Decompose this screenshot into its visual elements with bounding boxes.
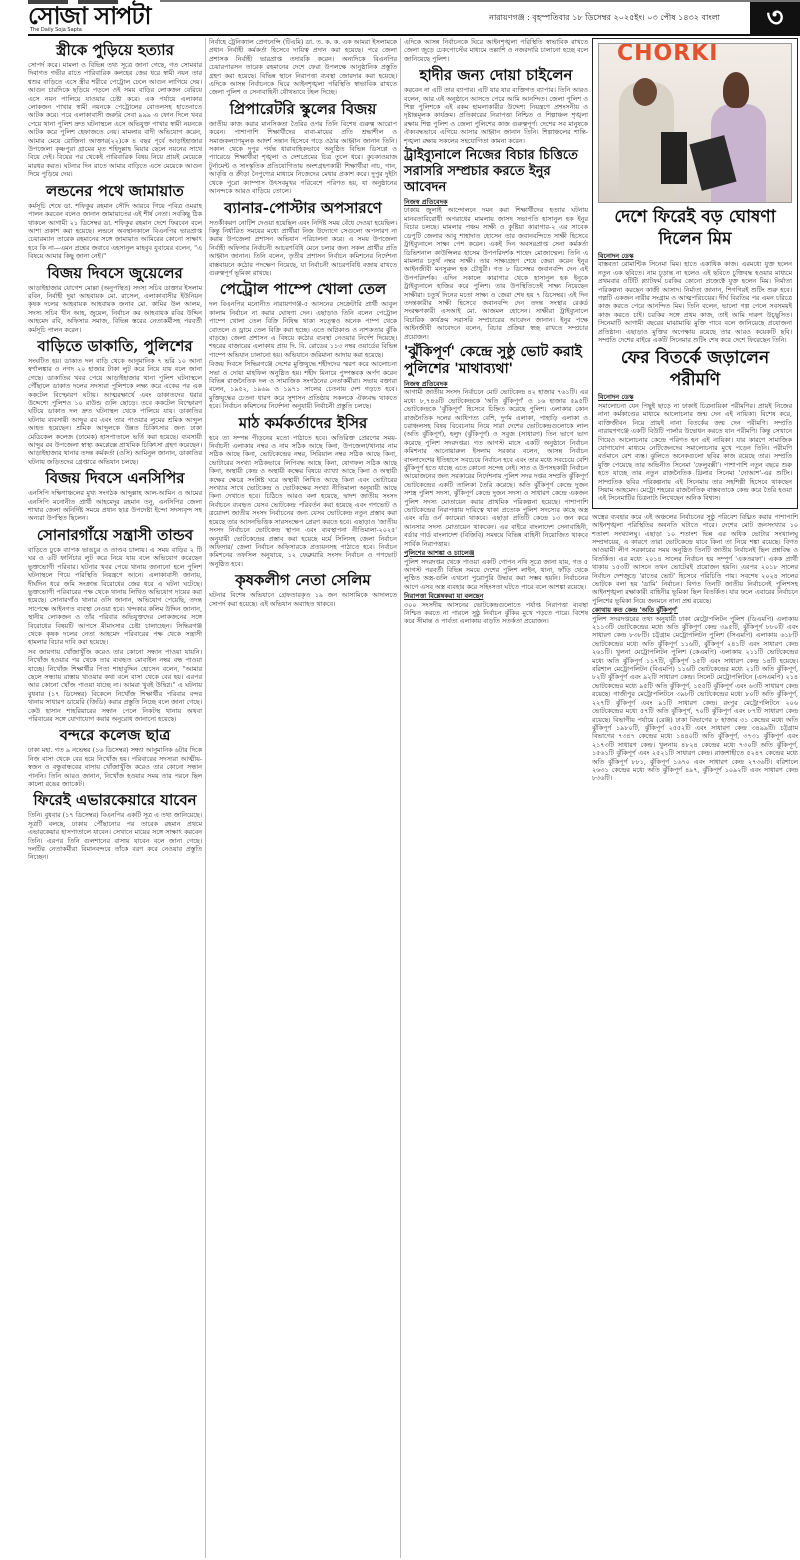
article-body: জাতীয় কাজ করার মানসিকতা তৈরির ওপর তিনি … [209, 120, 397, 196]
entertainment-box: CHORKI দেশে ফিরেই বড় ঘোষণা দিলেন মিম বি… [592, 38, 798, 509]
article-headline[interactable]: 'ঝুঁকিপূর্ণ' কেন্দ্রে সুষ্ঠু ভোট করাই পু… [404, 344, 588, 378]
article-headline[interactable]: লন্ডনের পথে জামায়াত [28, 182, 202, 200]
column-2: নির্বাহে ট্রেনিক্যাল প্রেগনেন্সি (টিএমি)… [209, 38, 397, 609]
article-ec-field-officers: মাঠ কর্মকর্তাদের ইসির হবে তা সম্পন্ন পীড… [209, 414, 397, 569]
article-headline[interactable]: বিজয় দিবসে জুয়েলের [28, 264, 202, 282]
article-body: এদিকে আসন্ন নির্বাচনকে ঘিরে আইনশৃঙ্খলা প… [404, 38, 588, 63]
article-body: ঘটনার বিশেষ অভিযানে গ্রেফতারকৃত ১৯ জন আস… [209, 591, 397, 608]
article-headline[interactable]: হাদীর জন্য দোয়া চাইলেন [404, 66, 588, 84]
article-body: পুলিশ সদরদপ্তরের তথ্য অনুযায়ী ঢাকা মেট্… [592, 615, 798, 783]
article-headline[interactable]: বন্দরে কলেজ ছাত্র [28, 726, 202, 744]
newspaper-logo[interactable]: সোজা সাপটা [28, 3, 150, 29]
article-byline: নিজস্ব প্রতিবেদক [404, 380, 588, 388]
article-body: ৩০০ সংসদীয় আসনের ভোটকেন্দ্রগুলোতে পর্যা… [404, 601, 588, 626]
page-number: ৩ [750, 0, 800, 36]
article-body: নির্বাহে ট্রেনিক্যাল প্রেগনেন্সি (টিএমি)… [209, 38, 397, 97]
article-headline[interactable]: মাঠ কর্মকর্তাদের ইসির [209, 414, 397, 432]
article-hadi-prayer: হাদীর জন্য দোয়া চাইলেন করবেন না এটি তার… [404, 66, 588, 145]
article-body: ঢাকা মহা. গত ৯ নভেম্বর (১৬ ডিসেম্বর) সন্… [28, 746, 202, 788]
article-ncp-victory-day: বিজয় দিবসে এনসিপির এনসিপি দক্ষিণাঞ্চলের… [28, 469, 202, 523]
article-headline[interactable]: বাড়িতে ডাকাতি, পুলিশের [28, 337, 202, 355]
article-body: সোপর্দ করে। মামলা ও বিভিন্ন তথ্য সূত্রে … [28, 61, 202, 179]
article-victory-day-jewel: বিজয় দিবসে জুয়েলের আড়াইহাজার যোগেশ মো… [28, 264, 202, 334]
article-body: কর্মসূচি শেষে ডা. শফিকুর রহমান সৌদি আরবে… [28, 202, 202, 261]
article-headline[interactable]: দেশে ফিরেই বড় ঘোষণা দিলেন মিম [598, 206, 792, 250]
article-subheading: কোথায় কত কেন্দ্র 'অতি ঝুঁকিপূর্ণ' [592, 606, 798, 614]
article-body: বাড়িতে ঢুকে ব্যাপক ভাঙচুর ও তাণ্ডব চালা… [28, 546, 202, 647]
article-bandar-student: বন্দরে কলেজ ছাত্র ঢাকা মহা. গত ৯ নভেম্বর… [28, 726, 202, 788]
article-continued: এদিকে আসন্ন নির্বাচনকে ঘিরে আইনশৃঙ্খলা প… [404, 38, 588, 63]
article-robbery-police: বাড়িতে ডাকাতি, পুলিশের সংঘটিত হয়। ডাকা… [28, 337, 202, 466]
article-subheading: পুলিশের আশঙ্কা ও চ্যালেঞ্জ [404, 549, 588, 557]
article-inu-tribunal: ট্রাইব্যুনালে নিজের বিচার চিত্তিতে সরাসর… [404, 148, 588, 341]
article-byline: নিজস্ব প্রতিবেদক [404, 198, 588, 206]
article-wife-burn: স্ত্রীকে পুড়িয়ে হত্যার সোপর্দ করে। মাম… [28, 41, 202, 179]
article-body: সব জায়গায় খোঁজাখুঁজি করেও তার কোনো সন্… [28, 648, 202, 724]
article-banner-removal: ব্যানার-পোস্টার অপসারণে সতর্কীকরণ নোটিশ … [209, 199, 397, 278]
article-headline[interactable]: ট্রাইব্যুনালে নিজের বিচার চিত্তিতে সরাসর… [404, 148, 588, 196]
masthead: সোজা সাপটা The Daily Soja Sapta নারায়ণগ… [28, 0, 800, 36]
article-krishak-league-selim: কৃষকলীগ নেতা সেলিম ঘটনার বিশেষ অভিযানে গ… [209, 571, 397, 608]
article-headline[interactable]: পেট্রোল পাম্পে খোলা তেল [209, 280, 397, 298]
article-body: অস্ত্রের ব্যবহার করে এই অঞ্চলের নির্বাচন… [592, 513, 798, 605]
article-subheading: নিরাপত্তা বিশ্লেষকরা যা বলছেন [404, 592, 588, 600]
article-body: সমালোচনা যেন পিছুই ছাড়ে না ঢাকাই চিত্রন… [598, 402, 792, 503]
article-body: সতর্কীকরণ নোটিশ দেওয়া হয়েছিল এবং নির্দ… [209, 219, 397, 278]
column-3: এদিকে আসন্ন নির্বাচনকে ঘিরে আইনশৃঙ্খলা প… [404, 38, 588, 627]
article-body: আগামী জাতীয় সংসদ নির্বাচনে মোট ভোটকেন্দ… [404, 388, 588, 548]
person-left-head [633, 78, 657, 106]
article-body: ঢাকায় জুলাই আন্দোলনে দমন করা শিক্ষার্থী… [404, 206, 588, 341]
article-body: দল বিএনপির মনোনীত নারায়ণগঞ্জ-৫ আসনের সে… [209, 300, 397, 359]
article-headline[interactable]: প্রিপারেটরি স্কুলের বিজয় [209, 100, 397, 118]
logo-subtitle: The Daily Soja Sapta [30, 27, 82, 33]
article-body: এনসিপি দক্ষিণাঞ্চলের মুখ্য সংগঠক আব্দুল্… [28, 489, 202, 523]
article-body: আড়াইহাজার যোগেশ মোল্লা (অনুপস্থিত) সদস্… [28, 284, 202, 334]
article-headline[interactable]: কৃষকলীগ নেতা সেলিম [209, 571, 397, 589]
column-divider [205, 38, 206, 1558]
article-risky-centers-continued: অস্ত্রের ব্যবহার করে এই অঞ্চলের নির্বাচন… [592, 513, 798, 783]
chorki-logo: CHORKI [617, 50, 718, 58]
article-body: বিজয় দিবসে সিদ্ধিরগঞ্জে দেশের মুক্তিযুদ… [209, 360, 397, 410]
article-headline[interactable]: ফের বিতর্কে জড়ালেন পরীমণি [598, 347, 792, 391]
article-risky-centers: 'ঝুঁকিপূর্ণ' কেন্দ্রে সুষ্ঠু ভোট করাই পু… [404, 344, 588, 626]
person-right-head [723, 72, 749, 108]
article-preparatory-school: প্রিপারেটরি স্কুলের বিজয় জাতীয় কাজ করা… [209, 100, 397, 196]
column-4: CHORKI দেশে ফিরেই বড় ঘোষণা দিলেন মিম বি… [592, 38, 798, 784]
article-sonargaon-terror: সোনারগাঁয়ে সন্ত্রাসী তান্ডব বাড়িতে ঢুক… [28, 526, 202, 724]
article-evercare: ফিরেই এভারকেয়ারে যাবেন তিনি। বুধবার (১৭… [28, 791, 202, 861]
article-jamaat-london: লন্ডনের পথে জামায়াত কর্মসূচি শেষে ডা. শ… [28, 182, 202, 261]
article-headline[interactable]: বিজয় দিবসে এনসিপির [28, 469, 202, 487]
column-1: স্ত্রীকে পুড়িয়ে হত্যার সোপর্দ করে। মাম… [28, 38, 202, 863]
article-body: করবেন না এটি তার ব্যাপার। এটি যার যার ব্… [404, 86, 588, 145]
article-body: পুলিশ সদরদপ্তর থেকে পাওয়া একটি গোপন নথি… [404, 558, 588, 592]
column-divider [400, 38, 401, 1558]
article-body: হবে তা সম্পন্ন পীড়নের মতো পাঠাতে হবে। অ… [209, 434, 397, 569]
article-headline[interactable]: ফিরেই এভারকেয়ারে যাবেন [28, 791, 202, 809]
article-body: বাস্তবতা রোমান্টিক সিনেমা মিম। হাতে একাধ… [598, 260, 792, 344]
article-byline: বিনোদন ডেস্ক [598, 252, 792, 260]
news-photo[interactable]: CHORKI [598, 43, 792, 203]
article-headline[interactable]: ব্যানার-পোস্টার অপসারণে [209, 199, 397, 217]
article-headline[interactable]: স্ত্রীকে পুড়িয়ে হত্যার [28, 41, 202, 59]
article-petrol-pump: পেট্রোল পাম্পে খোলা তেল দল বিএনপির মনোনী… [209, 280, 397, 410]
folder-icon [661, 132, 687, 184]
top-rule [160, 0, 800, 2]
article-headline[interactable]: সোনারগাঁয়ে সন্ত্রাসী তান্ডব [28, 526, 202, 544]
article-body: সংঘটিত হয়। ডাকাত দল বাড়ি থেকে আনুমানিক… [28, 357, 202, 466]
dateline: নারায়ণগঞ্জ : বৃহস্পতিবার ১৮ ডিসেম্বর ২০… [489, 12, 720, 25]
article-byline: বিনোদন ডেস্ক [598, 393, 792, 401]
article-body: তিনি। বুধবার (১৭ ডিসেম্বর) বিএনপির একটি … [28, 811, 202, 861]
article-continued: নির্বাহে ট্রেনিক্যাল প্রেগনেন্সি (টিএমি)… [209, 38, 397, 97]
